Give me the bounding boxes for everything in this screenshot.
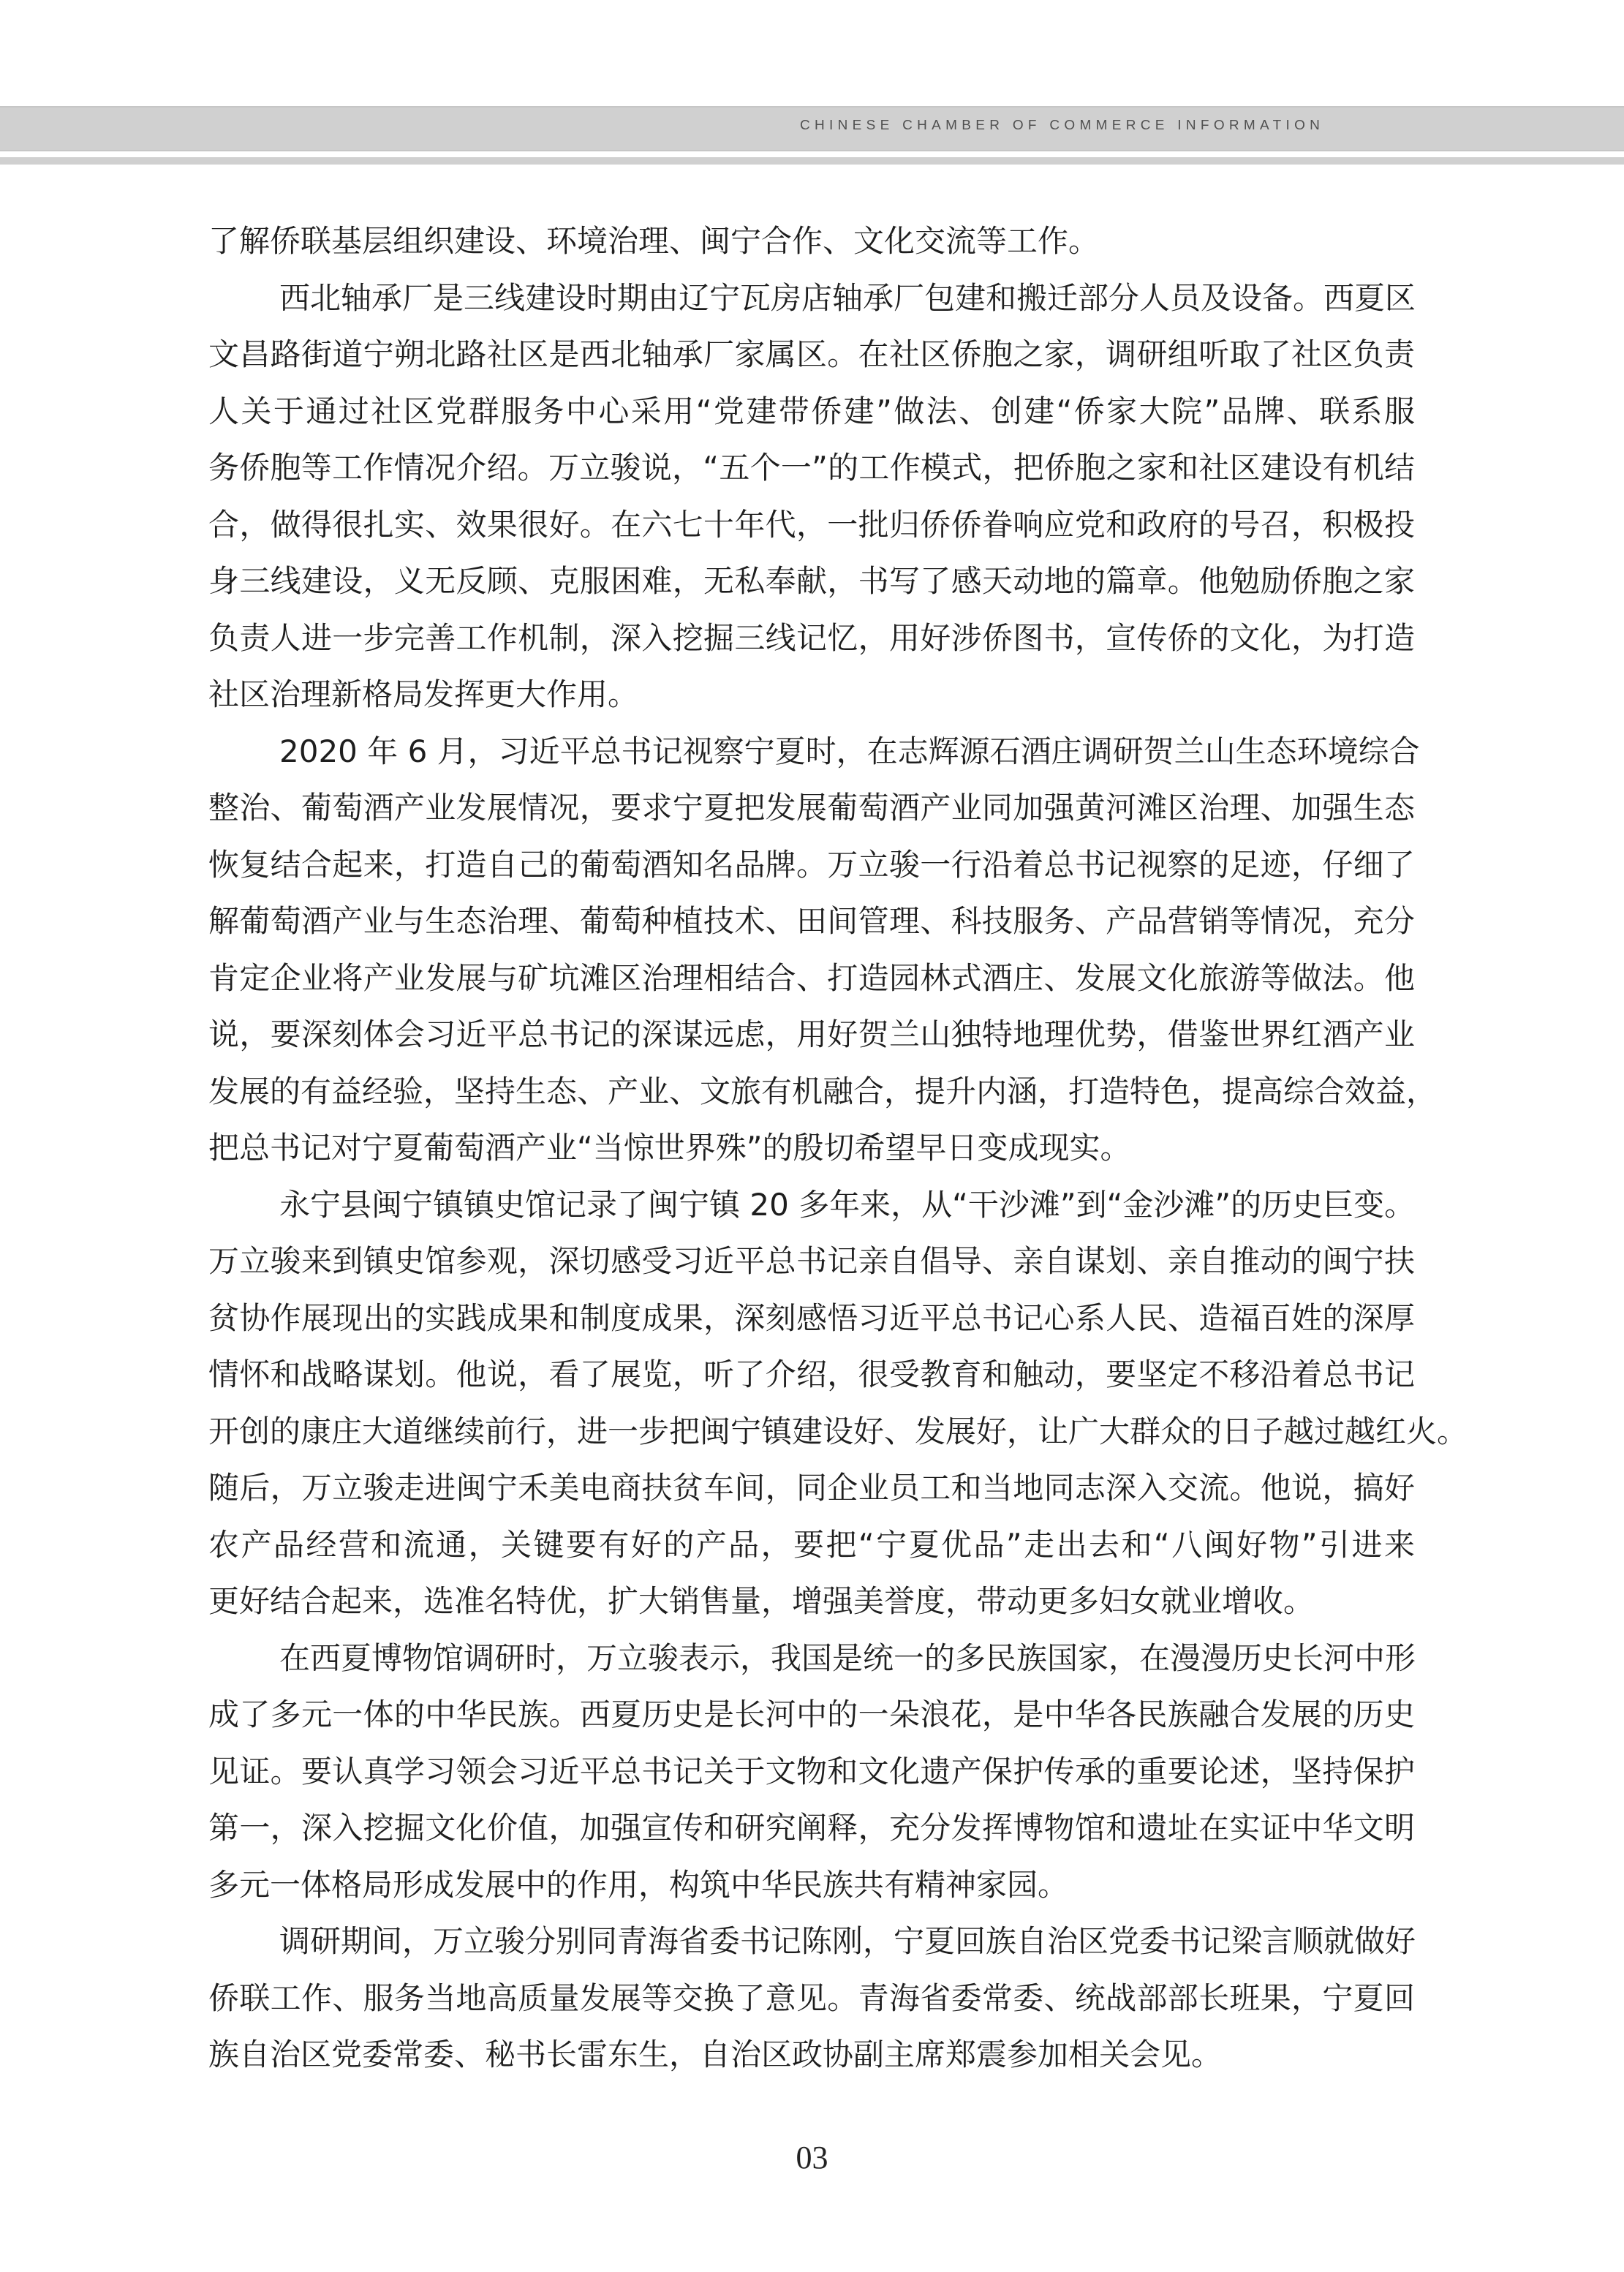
- text-line: 情怀和战略谋划。他说，看了展览，听了介绍，很受教育和触动，要坚定不移沿着总书记: [208, 1353, 1415, 1410]
- text-line: 农产品经营和流通，关键要有好的产品，要把“宁夏优品”走出去和“八闽好物”引进来: [208, 1523, 1415, 1580]
- text-line: 成了多元一体的中华民族。西夏历史是长河中的一朵浪花，是中华各民族融合发展的历史: [208, 1693, 1415, 1750]
- text-line: 把总书记对宁夏葡萄酒产业“当惊世界殊”的殷切希望早日变成现实。: [208, 1126, 1415, 1183]
- text-line: 整治、葡萄酒产业发展情况，要求宁夏把发展葡萄酒产业同加强黄河滩区治理、加强生态: [208, 786, 1415, 843]
- header-rule: [0, 157, 1624, 165]
- text-line: 贫协作展现出的实践成果和制度成果，深刻感悟习近平总书记心系人民、造福百姓的深厚: [208, 1297, 1415, 1354]
- paragraph: 在西夏博物馆调研时，万立骏表示，我国是统一的多民族国家，在漫漫历史长河中形 成了…: [208, 1637, 1415, 1920]
- text-line: 2020 年 6 月，习近平总书记视察宁夏时，在志辉源石酒庄调研贺兰山生态环境综…: [208, 730, 1415, 787]
- text-line: 肯定企业将产业发展与矿坑滩区治理相结合、打造园林式酒庄、发展文化旅游等做法。他: [208, 956, 1415, 1014]
- text-line: 永宁县闽宁镇镇史馆记录了闽宁镇 20 多年来，从“干沙滩”到“金沙滩”的历史巨变…: [208, 1183, 1415, 1240]
- text-line: 多元一体格局形成发展中的作用，构筑中华民族共有精神家园。: [208, 1863, 1415, 1920]
- publication-title: CHINESE CHAMBER OF COMMERCE INFORMATION: [800, 118, 1324, 134]
- text-line: 社区治理新格局发挥更大作用。: [208, 673, 1415, 730]
- paragraph: 2020 年 6 月，习近平总书记视察宁夏时，在志辉源石酒庄调研贺兰山生态环境综…: [208, 730, 1415, 1183]
- text-line: 第一，深入挖掘文化价值，加强宣传和研究阐释，充分发挥博物馆和遗址在实证中华文明: [208, 1806, 1415, 1863]
- text-line: 侨联工作、服务当地高质量发展等交换了意见。青海省委常委、统战部部长班果，宁夏回: [208, 1977, 1415, 2034]
- text-line: 说，要深刻体会习近平总书记的深谋远虑，用好贺兰山独特地理优势，借鉴世界红酒产业: [208, 1013, 1415, 1070]
- text-line: 务侨胞等工作情况介绍。万立骏说，“五个一”的工作模式，把侨胞之家和社区建设有机结: [208, 446, 1415, 503]
- text-line: 见证。要认真学习领会习近平总书记关于文物和文化遗产保护传承的重要论述，坚持保护: [208, 1750, 1415, 1807]
- text-line: 万立骏来到镇史馆参观，深切感受习近平总书记亲自倡导、亲自谋划、亲自推动的闽宁扶: [208, 1239, 1415, 1297]
- text-line: 身三线建设，义无反顾、克服困难，无私奉献，书写了感天动地的篇章。他勉励侨胞之家: [208, 559, 1415, 616]
- page-number: 03: [0, 2139, 1624, 2176]
- text-line: 文昌路街道宁朔北路社区是西北轴承厂家属区。在社区侨胞之家，调研组听取了社区负责: [208, 333, 1415, 390]
- text-line: 调研期间，万立骏分别同青海省委书记陈刚，宁夏回族自治区党委书记梁言顺就做好: [208, 1920, 1415, 1977]
- paragraph: 调研期间，万立骏分别同青海省委书记陈刚，宁夏回族自治区党委书记梁言顺就做好 侨联…: [208, 1920, 1415, 2090]
- text-line: 恢复结合起来，打造自己的葡萄酒知名品牌。万立骏一行沿着总书记视察的足迹，仔细了: [208, 843, 1415, 900]
- text-line: 解葡萄酒产业与生态治理、葡萄种植技术、田间管理、科技服务、产品营销等情况，充分: [208, 899, 1415, 956]
- paragraph: 永宁县闽宁镇镇史馆记录了闽宁镇 20 多年来，从“干沙滩”到“金沙滩”的历史巨变…: [208, 1183, 1415, 1637]
- text-line: 西北轴承厂是三线建设时期由辽宁瓦房店轴承厂包建和搬迁部分人员及设备。西夏区: [208, 276, 1415, 333]
- paragraph: 西北轴承厂是三线建设时期由辽宁瓦房店轴承厂包建和搬迁部分人员及设备。西夏区 文昌…: [208, 276, 1415, 730]
- text-line: 更好结合起来，选准名特优，扩大销售量，增强美誉度，带动更多妇女就业增收。: [208, 1580, 1415, 1637]
- text-line: 在西夏博物馆调研时，万立骏表示，我国是统一的多民族国家，在漫漫历史长河中形: [208, 1637, 1415, 1694]
- text-line: 族自治区党委常委、秘书长雷东生，自治区政协副主席郑震参加相关会见。: [208, 2033, 1415, 2090]
- text-line: 发展的有益经验，坚持生态、产业、文旅有机融合，提升内涵，打造特色，提高综合效益，: [208, 1070, 1415, 1127]
- text-line: 开创的康庄大道继续前行，进一步把闽宁镇建设好、发展好，让广大群众的日子越过越红火…: [208, 1410, 1415, 1467]
- text-line: 人关于通过社区党群服务中心采用“党建带侨建”做法、创建“侨家大院”品牌、联系服: [208, 390, 1415, 447]
- text-line: 合，做得很扎实、效果很好。在六七十年代，一批归侨侨眷响应党和政府的号召，积极投: [208, 503, 1415, 560]
- paragraph: 了解侨联基层组织建设、环境治理、闽宁合作、文化交流等工作。: [208, 219, 1415, 276]
- text-line: 了解侨联基层组织建设、环境治理、闽宁合作、文化交流等工作。: [208, 219, 1415, 276]
- text-line: 负责人进一步完善工作机制，深入挖掘三线记忆，用好涉侨图书，宣传侨的文化，为打造: [208, 616, 1415, 673]
- article-body: 了解侨联基层组织建设、环境治理、闽宁合作、文化交流等工作。 西北轴承厂是三线建设…: [208, 219, 1415, 2090]
- text-line: 随后，万立骏走进闽宁禾美电商扶贫车间，同企业员工和当地同志深入交流。他说，搞好: [208, 1466, 1415, 1523]
